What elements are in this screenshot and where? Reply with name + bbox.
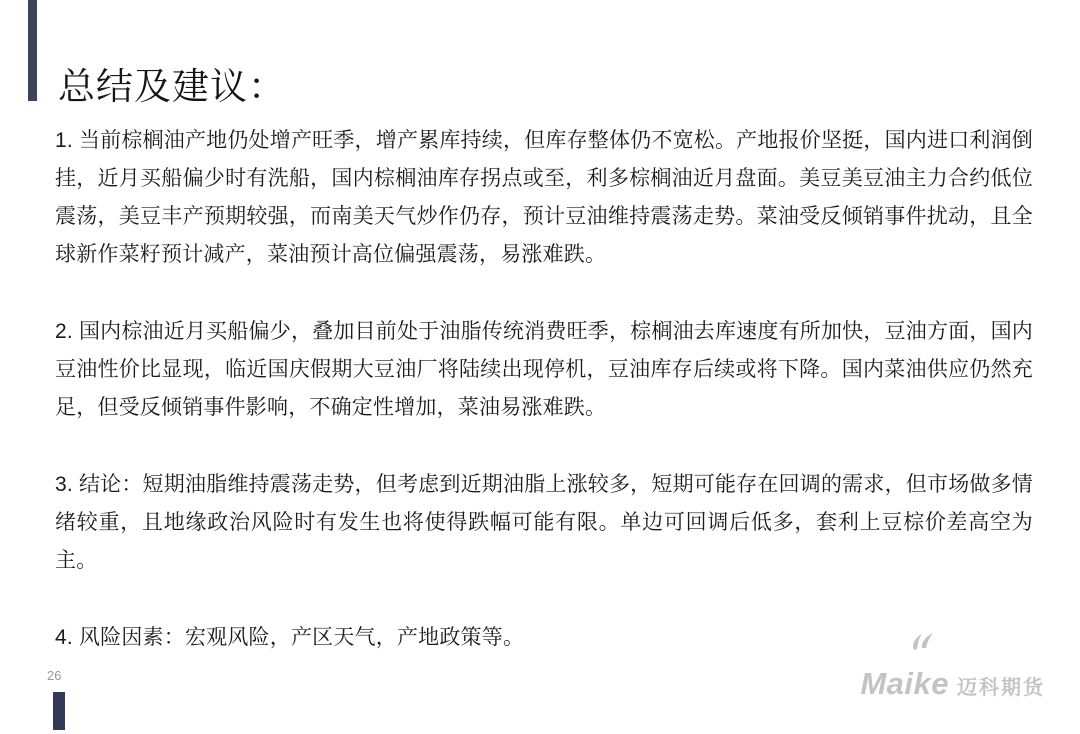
summary-paragraph-2: 2. 国内棕油近月买船偏少，叠加目前处于油脂传统消费旺季，棕榈油去库速度有所加快… (55, 313, 1033, 427)
conclusion-paragraph: 3. 结论：短期油脂维持震荡走势，但考虑到近期油脂上涨较多，短期可能存在回调的需… (55, 466, 1033, 580)
logo-text-en: Maike (860, 666, 949, 701)
logo-text-cn: 迈科期货 (957, 671, 1045, 700)
footer-accent-bar (53, 692, 65, 730)
page-title: 总结及建议： (58, 56, 286, 110)
page-number: 26 (47, 668, 61, 683)
logo-wordmark: Maike (860, 666, 949, 702)
flame-icon (906, 632, 936, 652)
summary-paragraph-1: 1. 当前棕榈油产地仍处增产旺季，增产累库持续，但库存整体仍不宽松。产地报价坚挺… (55, 122, 1033, 274)
company-logo: Maike 迈科期货 (860, 666, 1045, 702)
summary-slide: 总结及建议： 1. 当前棕榈油产地仍处增产旺季，增产累库持续，但库存整体仍不宽松… (0, 0, 1080, 734)
risk-factors-paragraph: 4. 风险因素：宏观风险，产区天气，产地政策等。 (55, 619, 1033, 657)
title-accent-bar (28, 0, 37, 101)
summary-text-block: 1. 当前棕榈油产地仍处增产旺季，增产累库持续，但库存整体仍不宽松。产地报价坚挺… (55, 122, 1033, 696)
